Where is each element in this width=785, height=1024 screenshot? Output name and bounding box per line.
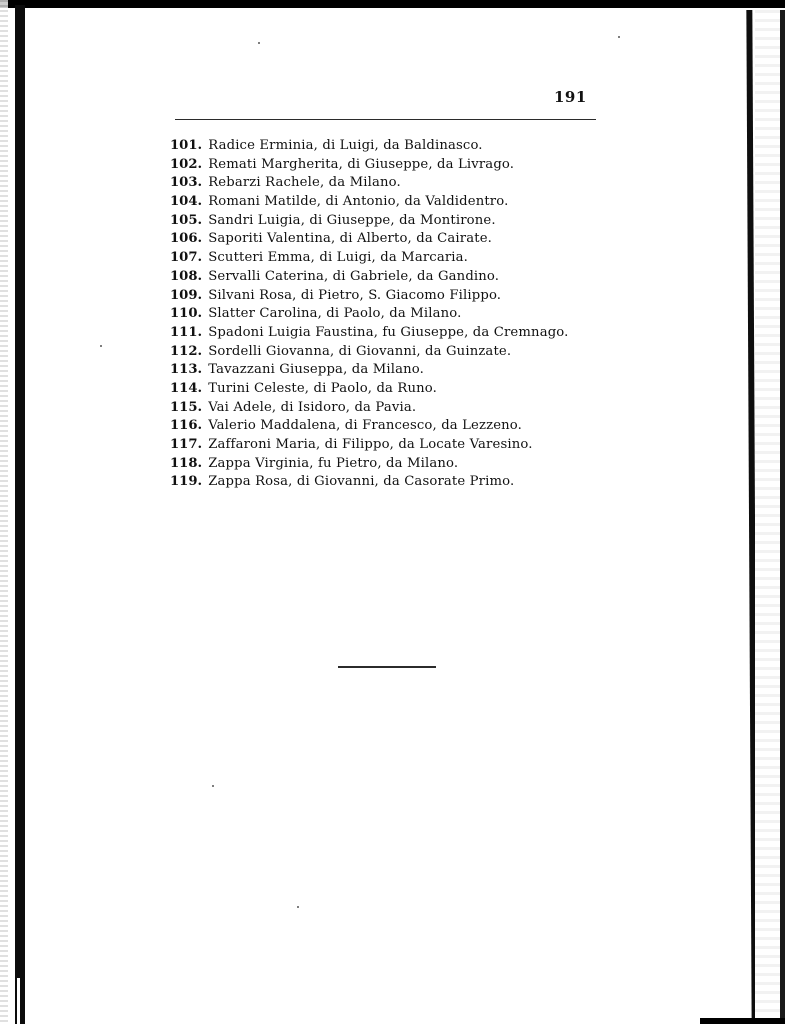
entry-text: Saporiti Valentina, di Alberto, da Caira… [208, 231, 492, 246]
entry-number: 104. [170, 193, 204, 212]
scan-speck [100, 345, 102, 347]
entry-text: Rebarzi Rachele, da Milano. [208, 175, 401, 190]
scan-speck [618, 36, 620, 38]
entry-text: Radice Erminia, di Luigi, da Baldinasco. [208, 138, 482, 153]
list-item: 114. Turini Celeste, di Paolo, da Runo. [170, 380, 569, 399]
entry-text: Zaffaroni Maria, di Filippo, da Locate V… [208, 437, 532, 452]
list-item: 102. Remati Margherita, di Giuseppe, da … [170, 156, 569, 175]
entry-number: 105. [170, 212, 204, 231]
list-item: 119. Zappa Rosa, di Giovanni, da Casorat… [170, 473, 569, 492]
entry-number: 107. [170, 249, 204, 268]
page-number: 191 [554, 88, 587, 106]
scan-left-margin-texture [0, 0, 8, 1024]
list-item: 108. Servalli Caterina, di Gabriele, da … [170, 268, 569, 287]
entry-text: Slatter Carolina, di Paolo, da Milano. [208, 306, 461, 321]
list-item: 103. Rebarzi Rachele, da Milano. [170, 174, 569, 193]
entry-number: 101. [170, 137, 204, 156]
list-item: 101. Radice Erminia, di Luigi, da Baldin… [170, 137, 569, 156]
entry-number: 114. [170, 380, 204, 399]
entry-number: 102. [170, 156, 204, 175]
entry-text: Romani Matilde, di Antonio, da Valdident… [208, 194, 508, 209]
scan-bottom-border [700, 1018, 785, 1024]
list-item: 109. Silvani Rosa, di Pietro, S. Giacomo… [170, 287, 569, 306]
entry-number: 111. [170, 324, 204, 343]
entry-text: Silvani Rosa, di Pietro, S. Giacomo Fili… [208, 288, 501, 303]
scan-top-border [0, 0, 785, 8]
entry-text: Remati Margherita, di Giuseppe, da Livra… [208, 157, 514, 172]
entry-text: Valerio Maddalena, di Francesco, da Lezz… [208, 418, 522, 433]
entry-number: 106. [170, 230, 204, 249]
list-item: 107. Scutteri Emma, di Luigi, da Marcari… [170, 249, 569, 268]
scan-right-border [780, 10, 785, 1024]
scan-speck [212, 785, 214, 787]
header-rule [175, 119, 596, 120]
entry-number: 103. [170, 174, 204, 193]
list-item: 112. Sordelli Giovanna, di Giovanni, da … [170, 343, 569, 362]
entry-number: 117. [170, 436, 204, 455]
entry-text: Vai Adele, di Isidoro, da Pavia. [208, 400, 416, 415]
entry-number: 116. [170, 417, 204, 436]
name-list: 101. Radice Erminia, di Luigi, da Baldin… [170, 137, 569, 492]
list-item: 104. Romani Matilde, di Antonio, da Vald… [170, 193, 569, 212]
entry-number: 110. [170, 305, 204, 324]
scan-left-binding-split [17, 978, 20, 1024]
list-item: 113. Tavazzani Giuseppa, da Milano. [170, 361, 569, 380]
entry-text: Tavazzani Giuseppa, da Milano. [208, 362, 424, 377]
list-item: 116. Valerio Maddalena, di Francesco, da… [170, 417, 569, 436]
scan-left-binding-edge [15, 5, 25, 1024]
entry-number: 118. [170, 455, 204, 474]
scan-speck [297, 906, 299, 908]
entry-number: 109. [170, 287, 204, 306]
entry-text: Turini Celeste, di Paolo, da Runo. [208, 381, 437, 396]
list-item: 115. Vai Adele, di Isidoro, da Pavia. [170, 399, 569, 418]
list-item: 105. Sandri Luigia, di Giuseppe, da Mont… [170, 212, 569, 231]
entry-text: Zappa Virginia, fu Pietro, da Milano. [208, 456, 458, 471]
entry-text: Zappa Rosa, di Giovanni, da Casorate Pri… [208, 474, 514, 489]
scanned-book-page: 191 101. Radice Erminia, di Luigi, da Ba… [0, 0, 785, 1024]
closing-rule [338, 666, 436, 668]
entry-text: Sandri Luigia, di Giuseppe, da Montirone… [208, 213, 496, 228]
entry-text: Servalli Caterina, di Gabriele, da Gandi… [208, 269, 499, 284]
entry-number: 113. [170, 361, 204, 380]
entry-number: 119. [170, 473, 204, 492]
list-item: 106. Saporiti Valentina, di Alberto, da … [170, 230, 569, 249]
entry-text: Spadoni Luigia Faustina, fu Giuseppe, da… [208, 325, 568, 340]
entry-number: 115. [170, 399, 204, 418]
list-item: 111. Spadoni Luigia Faustina, fu Giusepp… [170, 324, 569, 343]
entry-number: 108. [170, 268, 204, 287]
list-item: 118. Zappa Virginia, fu Pietro, da Milan… [170, 455, 569, 474]
list-item: 110. Slatter Carolina, di Paolo, da Mila… [170, 305, 569, 324]
scan-speck [258, 42, 260, 44]
entry-number: 112. [170, 343, 204, 362]
list-item: 117. Zaffaroni Maria, di Filippo, da Loc… [170, 436, 569, 455]
entry-text: Sordelli Giovanna, di Giovanni, da Guinz… [208, 344, 511, 359]
entry-text: Scutteri Emma, di Luigi, da Marcaria. [208, 250, 468, 265]
